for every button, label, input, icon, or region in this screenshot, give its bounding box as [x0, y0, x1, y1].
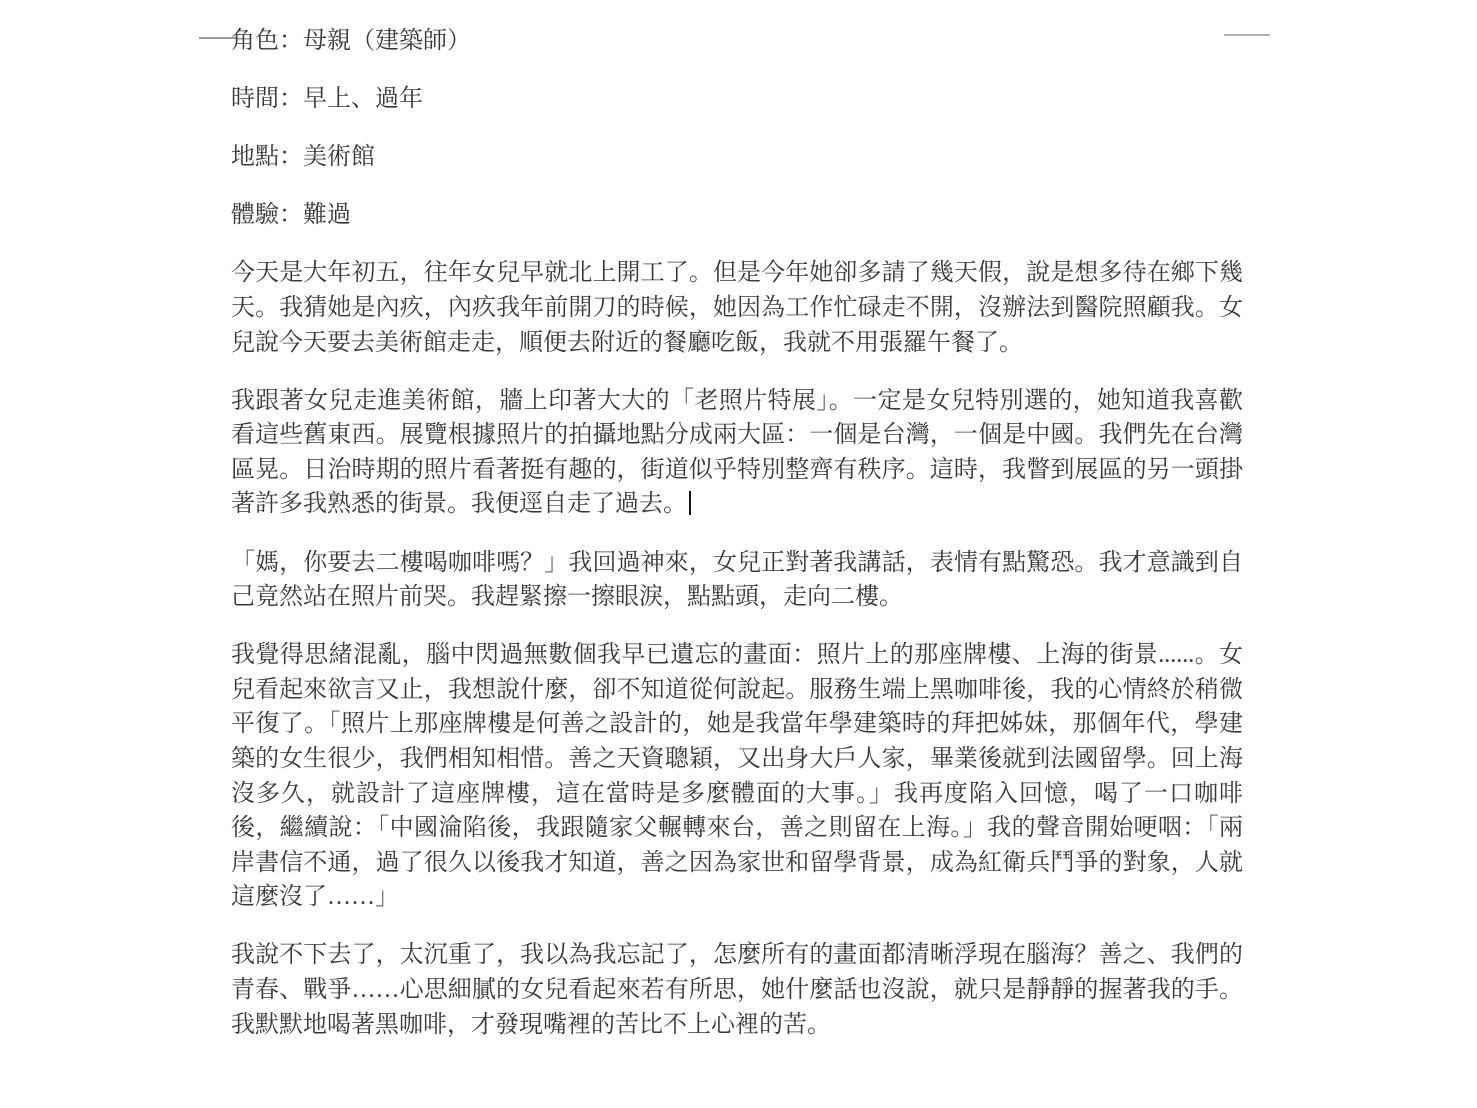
- paragraph-text: 我跟著女兒走進美術館，牆上印著大大的「老照片特展」。一定是女兒特別選的，她知道我…: [231, 388, 1243, 518]
- document-paragraph[interactable]: 今天是大年初五，往年女兒早就北上開工了。但是今年她卻多請了幾天假，說是想多待在鄉…: [231, 256, 1243, 360]
- text-caret: [689, 491, 691, 515]
- document-text-area[interactable]: 角色：母親（建築師） 時間：早上、過年 地點：美術館 體驗：難過 今天是大年初五…: [231, 24, 1243, 1066]
- meta-line-experience[interactable]: 體驗：難過: [231, 198, 1243, 233]
- meta-line-role[interactable]: 角色：母親（建築師）: [231, 24, 1243, 59]
- document-paragraph[interactable]: 我說不下去了，太沉重了，我以為我忘記了，怎麼所有的畫面都清晰浮現在腦海？善之、我…: [231, 938, 1243, 1042]
- meta-line-time[interactable]: 時間：早上、過年: [231, 82, 1243, 117]
- document-page: 角色：母親（建築師） 時間：早上、過年 地點：美術館 體驗：難過 今天是大年初五…: [0, 0, 1477, 1108]
- document-paragraph[interactable]: 我覺得思緒混亂，腦中閃過無數個我早已遺忘的畫面：照片上的那座牌樓、上海的街景..…: [231, 638, 1243, 915]
- document-paragraph[interactable]: 「媽，你要去二樓喝咖啡嗎？」我回過神來，女兒正對著我講話，表情有點驚恐。我才意識…: [231, 546, 1243, 615]
- document-paragraph[interactable]: 我跟著女兒走進美術館，牆上印著大大的「老照片特展」。一定是女兒特別選的，她知道我…: [231, 384, 1243, 522]
- meta-line-place[interactable]: 地點：美術館: [231, 140, 1243, 175]
